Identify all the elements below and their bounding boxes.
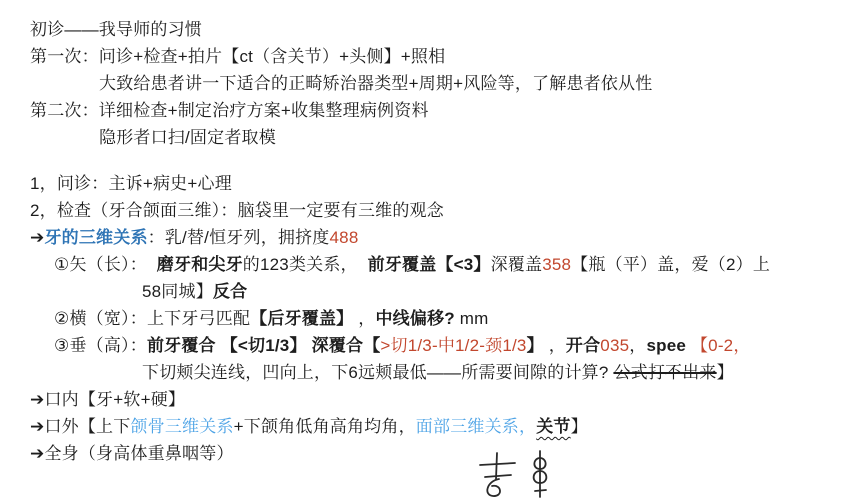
arrow-bullet-icon: ➔ xyxy=(30,390,44,409)
second-visit-continuation: 隐形者口扫/固定者取模 xyxy=(0,124,843,151)
text-segment: mm xyxy=(455,309,489,328)
text-segment: 口内【牙+软+硬】 xyxy=(44,390,185,409)
handwritten-annotation xyxy=(476,450,566,500)
text-segment: 磨牙和尖牙 xyxy=(157,255,243,274)
text-segment: 初诊——我导师的习惯 xyxy=(30,20,202,39)
text-segment: +下颌角低角高角均角， xyxy=(234,417,416,436)
text-segment: 颌骨三维关系 xyxy=(130,417,233,436)
text-segment: 前牙覆合 xyxy=(147,336,221,355)
vertical-continuation: 下切颊尖连线，凹向上，下6远颊最低——所需要间隙的计算? 公式打不出来】 xyxy=(0,359,843,386)
text-segment: 全身（身高体重鼻咽等） xyxy=(44,444,233,463)
vertical-line: ③垂（高）：前牙覆合 【<切1/3】 深覆合【>切1/3-中1/2-颈1/3】 … xyxy=(0,332,843,359)
title-line: 初诊——我导师的习惯 xyxy=(0,16,843,43)
text-segment: ：乳/替/恒牙列，拥挤度 xyxy=(148,228,330,247)
text-segment: 【 xyxy=(363,336,380,355)
text-segment: 【0-2， xyxy=(691,336,751,355)
sagittal-continuation: 58同城】反合 xyxy=(0,278,843,305)
text-segment: 58同城】 xyxy=(142,282,213,301)
intraoral-line: ➔口内【牙+软+硬】 xyxy=(0,386,843,413)
notes-page: 初诊——我导师的习惯第一次：问诊+检查+拍片【ct（含关节）+头侧】+照相大致给… xyxy=(0,0,843,467)
first-visit-line: 第一次：问诊+检查+拍片【ct（含关节）+头侧】+照相 xyxy=(0,43,843,70)
text-segment: 大致给患者讲一下适合的正畸矫治器类型+周期+风险等，了解患者依从性 xyxy=(99,74,652,93)
text-segment: ， xyxy=(629,336,646,355)
text-segment: 开合 xyxy=(566,336,600,355)
text-segment: 035 xyxy=(600,336,629,355)
text-segment: 的123类关系， xyxy=(243,255,368,274)
text-segment: ②横（宽）：上下牙弓匹配 xyxy=(54,309,250,328)
text-segment: 牙的三维关系 xyxy=(44,228,147,247)
extraoral-line: ➔口外【上下颌骨三维关系+下颌角低角高角均角，面部三维关系，关节】 xyxy=(0,413,843,440)
first-visit-continuation: 大致给患者讲一下适合的正畸矫治器类型+周期+风险等，了解患者依从性 xyxy=(0,70,843,97)
text-segment: 【后牙覆盖】 xyxy=(250,309,353,328)
blank-line xyxy=(0,151,843,170)
text-segment: 深覆盖 xyxy=(491,255,543,274)
text-segment: 358 xyxy=(542,255,571,274)
text-segment: 口外【上下 xyxy=(44,417,130,436)
text-segment: ③垂（高）： xyxy=(54,336,147,355)
transverse-line: ②横（宽）：上下牙弓匹配【后牙覆盖】 ，中线偏移? mm xyxy=(0,305,843,332)
notes-body: 初诊——我导师的习惯第一次：问诊+检查+拍片【ct（含关节）+头侧】+照相大致给… xyxy=(0,0,843,467)
text-segment: 第一次：问诊+检查+拍片【ct（含关节）+头侧】+照相 xyxy=(30,47,445,66)
text-segment: 下切颊尖连线，凹向上，下6远颊最低——所需要间隙的计算? xyxy=(142,363,613,382)
item-2-examination: 2，检查（牙合颌面三维）：脑袋里一定要有三维的观念 xyxy=(0,197,843,224)
text-segment: 中线偏移? xyxy=(375,309,454,328)
text-segment: 深覆合 xyxy=(312,336,364,355)
text-segment: 2，检查（牙合颌面三维）：脑袋里一定要有三维的观念 xyxy=(30,201,444,220)
text-segment: ， xyxy=(544,336,566,355)
arrow-bullet-icon: ➔ xyxy=(30,444,44,463)
text-segment: 反合 xyxy=(213,282,247,301)
text-segment: 前牙覆盖【<3】 xyxy=(368,255,491,274)
text-segment: ①矢（长）： xyxy=(54,255,157,274)
text-segment: 面部三维关系， xyxy=(416,417,536,436)
text-segment: 公式打不出来 xyxy=(613,363,716,382)
second-visit-line: 第二次：详细检查+制定治疗方案+收集整理病例资料 xyxy=(0,97,843,124)
text-segment: 隐形者口扫/固定者取模 xyxy=(99,128,276,147)
teeth-3d-relation-line: ➔牙的三维关系：乳/替/恒牙列，拥挤度488 xyxy=(0,224,843,251)
item-1-inquiry: 1，问诊：主诉+病史+心理 xyxy=(0,170,843,197)
text-segment: >切1/3-中1/2-颈1/3 xyxy=(380,336,526,355)
text-segment: 】 xyxy=(527,336,544,355)
arrow-bullet-icon: ➔ xyxy=(30,417,44,436)
arrow-bullet-icon: ➔ xyxy=(30,228,44,247)
text-segment: 第二次：详细检查+制定治疗方案+收集整理病例资料 xyxy=(30,101,429,120)
text-segment: 】 xyxy=(717,363,734,382)
text-segment: 【瓶（平）盖，爱（2）上 xyxy=(571,255,770,274)
text-segment: 关节 xyxy=(536,417,570,436)
text-segment: 】 xyxy=(571,417,588,436)
text-segment: ， xyxy=(353,309,375,328)
whole-body-line: ➔全身（身高体重鼻咽等） xyxy=(0,440,843,467)
text-segment: 488 xyxy=(330,228,359,247)
text-segment: 【<切1/3】 xyxy=(221,336,307,355)
text-segment: spee xyxy=(646,336,686,355)
sagittal-line: ①矢（长）： 磨牙和尖牙的123类关系， 前牙覆盖【<3】深覆盖358【瓶（平）… xyxy=(0,251,843,278)
text-segment: 1，问诊：主诉+病史+心理 xyxy=(30,174,232,193)
